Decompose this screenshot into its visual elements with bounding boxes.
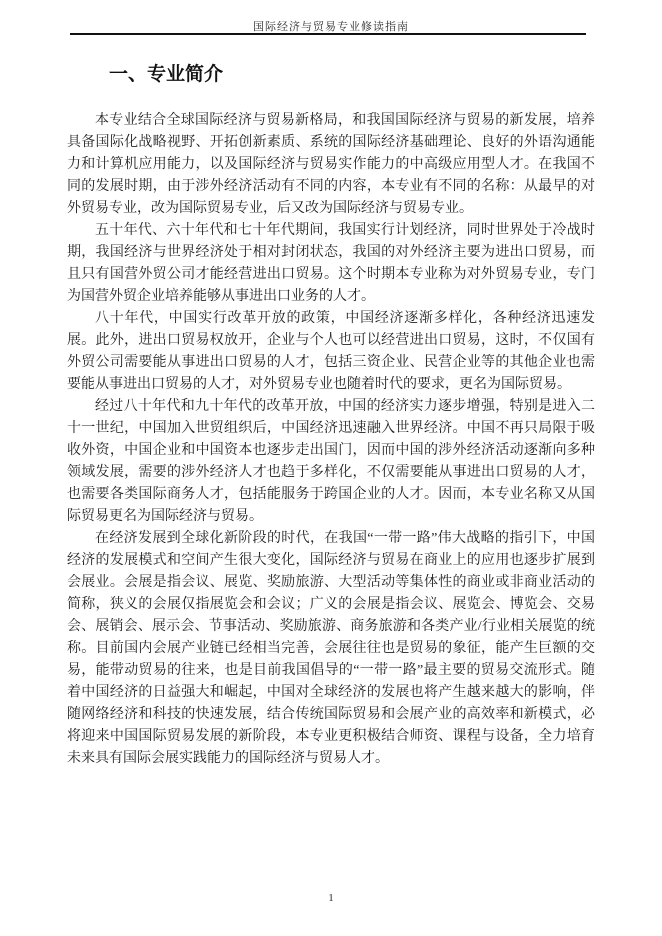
- paragraph-4: 经过八十年代和九十年代的改革开放，中国的经济实力逐步增强，特别是进入二十一世纪，…: [67, 396, 595, 528]
- page-number: 1: [0, 892, 662, 904]
- paragraph-1: 本专业结合全球国际经济与贸易新格局，和我国国际经济与贸易的新发展，培养具备国际化…: [67, 110, 595, 220]
- header-divider: [70, 33, 586, 35]
- paragraph-2: 五十年代、六十年代和七十年代期间，我国实行计划经济，同时世界处于冷战时期，我国经…: [67, 220, 595, 308]
- body-text: 本专业结合全球国际经济与贸易新格局，和我国国际经济与贸易的新发展，培养具备国际化…: [67, 110, 595, 770]
- paragraph-5: 在经济发展到全球化新阶段的时代，在我国“一带一路”伟大战略的指引下，中国经济的发…: [67, 528, 595, 770]
- section-title: 一、专业简介: [67, 62, 595, 88]
- paragraph-3: 八十年代，中国实行改革开放的政策，中国经济逐渐多样化，各种经济迅速发展。此外，进…: [67, 308, 595, 396]
- running-header: 国际经济与贸易专业修读指南: [0, 18, 662, 34]
- document-content: 一、专业简介 本专业结合全球国际经济与贸易新格局，和我国国际经济与贸易的新发展，…: [67, 62, 595, 770]
- document-page: 国际经济与贸易专业修读指南 一、专业简介 本专业结合全球国际经济与贸易新格局，和…: [0, 0, 662, 936]
